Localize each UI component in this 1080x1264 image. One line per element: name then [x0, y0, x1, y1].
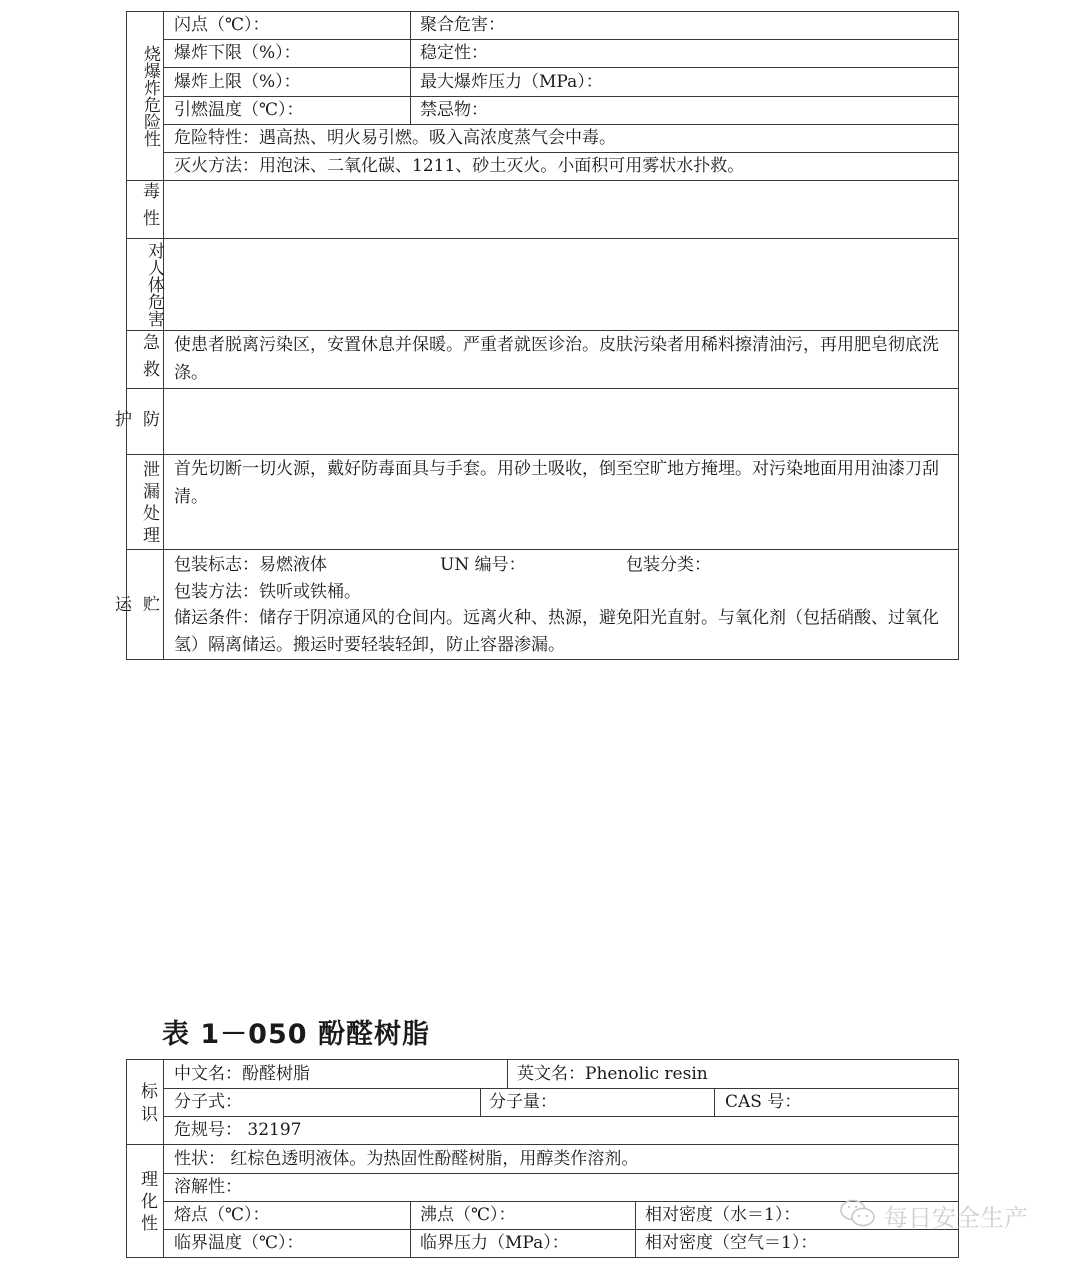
col-divider [507, 1059, 508, 1088]
side-label-toxicity: 毒性 [127, 180, 163, 238]
relative-density-water-field: 相对密度（水＝1）： [645, 1201, 800, 1229]
section-divider [126, 180, 959, 181]
relative-density-air-field: 相对密度（空气＝1）： [645, 1229, 817, 1257]
side-label-storage: 贮运 [127, 577, 163, 657]
max-explosion-pressure-field: 最大爆炸压力（MPa）： [420, 68, 603, 96]
side-label-identification: 标识 [127, 1070, 163, 1140]
leak-handling-content: 首先切断一切火源，戴好防毒面具与手套。用砂土吸收，倒至空旷地方掩埋。对污染地面用… [174, 455, 952, 511]
package-mark-field: 包装标志：易燃液体 [174, 551, 327, 579]
cas-number-field: CAS 号： [725, 1088, 801, 1116]
table-border [126, 1257, 959, 1258]
table-divider [163, 11, 164, 660]
extinguishing-method-field: 灭火方法：用泡沫、二氧化碳、1211、砂土灭火。小面积可用雾状水扑救。 [174, 152, 744, 180]
side-label-first-aid: 急救 [127, 332, 163, 388]
side-label-health-hazard: 对人体危害 [127, 238, 163, 330]
un-number-field: UN 编号： [440, 551, 526, 579]
col-divider [410, 1201, 411, 1257]
table-title: 表 1－050 酚醛树脂 [162, 1012, 430, 1051]
side-label-fire-hazard: 烧爆炸危险性 [127, 13, 163, 178]
row-divider [163, 1173, 959, 1174]
molecular-formula-field: 分子式： [174, 1088, 242, 1116]
col-divider [410, 11, 411, 124]
lower-explosive-limit-field: 爆炸下限（%）： [174, 39, 301, 67]
section-divider [126, 549, 959, 550]
package-method-field: 包装方法：铁听或铁桶。 [174, 578, 361, 606]
side-label-physchem: 理化性 [127, 1153, 163, 1253]
side-label-leak-handling: 泄漏处理 [127, 456, 163, 551]
appearance-field: 性状： 红棕色透明液体。为热固性酚醛树脂，用醇类作溶剂。 [174, 1145, 638, 1173]
upper-explosive-limit-field: 爆炸上限（%）： [174, 68, 301, 96]
side-label-protection: 防护 [127, 395, 163, 455]
table-border [126, 659, 959, 660]
flash-point-field: 闪点（℃）： [174, 11, 270, 39]
stability-field: 稳定性： [420, 39, 488, 67]
col-divider [714, 1088, 715, 1116]
section-divider [126, 388, 959, 389]
watermark-text: 每日安全生产 [884, 1198, 1028, 1233]
hazard-characteristics-field: 危险特性：遇高热、明火易引燃。吸入高浓度蒸气会中毒。 [174, 124, 616, 152]
hazard-number-field: 危规号： 32197 [174, 1116, 301, 1144]
critical-temp-field: 临界温度（℃）： [174, 1229, 304, 1257]
first-aid-content: 使患者脱离污染区，安置休息并保暖。严重者就医诊治。皮肤污染者用稀料擦清油污，再用… [174, 331, 952, 387]
package-class-field: 包装分类： [626, 551, 711, 579]
critical-pressure-field: 临界压力（MPa）： [420, 1229, 569, 1257]
wechat-icon [838, 1198, 880, 1230]
polymerization-hazard-field: 聚合危害： [420, 11, 505, 39]
table-border [958, 11, 959, 660]
boiling-point-field: 沸点（℃）： [420, 1201, 516, 1229]
row-divider [163, 1088, 959, 1089]
english-name-field: 英文名：Phenolic resin [517, 1060, 708, 1088]
melting-point-field: 熔点（℃）： [174, 1201, 270, 1229]
ignition-temp-field: 引燃温度（℃）： [174, 96, 304, 124]
section-divider [126, 238, 959, 239]
incompatibles-field: 禁忌物： [420, 96, 488, 124]
storage-conditions-field: 储运条件：储存于阴凉通风的仓间内。远离火种、热源，避免阳光直射。与氧化剂（包括硝… [174, 605, 954, 659]
chinese-name-field: 中文名：酚醛树脂 [174, 1060, 310, 1088]
solubility-field: 溶解性： [174, 1173, 242, 1201]
col-divider [480, 1088, 481, 1116]
col-divider [635, 1201, 636, 1257]
molecular-weight-field: 分子量： [489, 1088, 557, 1116]
